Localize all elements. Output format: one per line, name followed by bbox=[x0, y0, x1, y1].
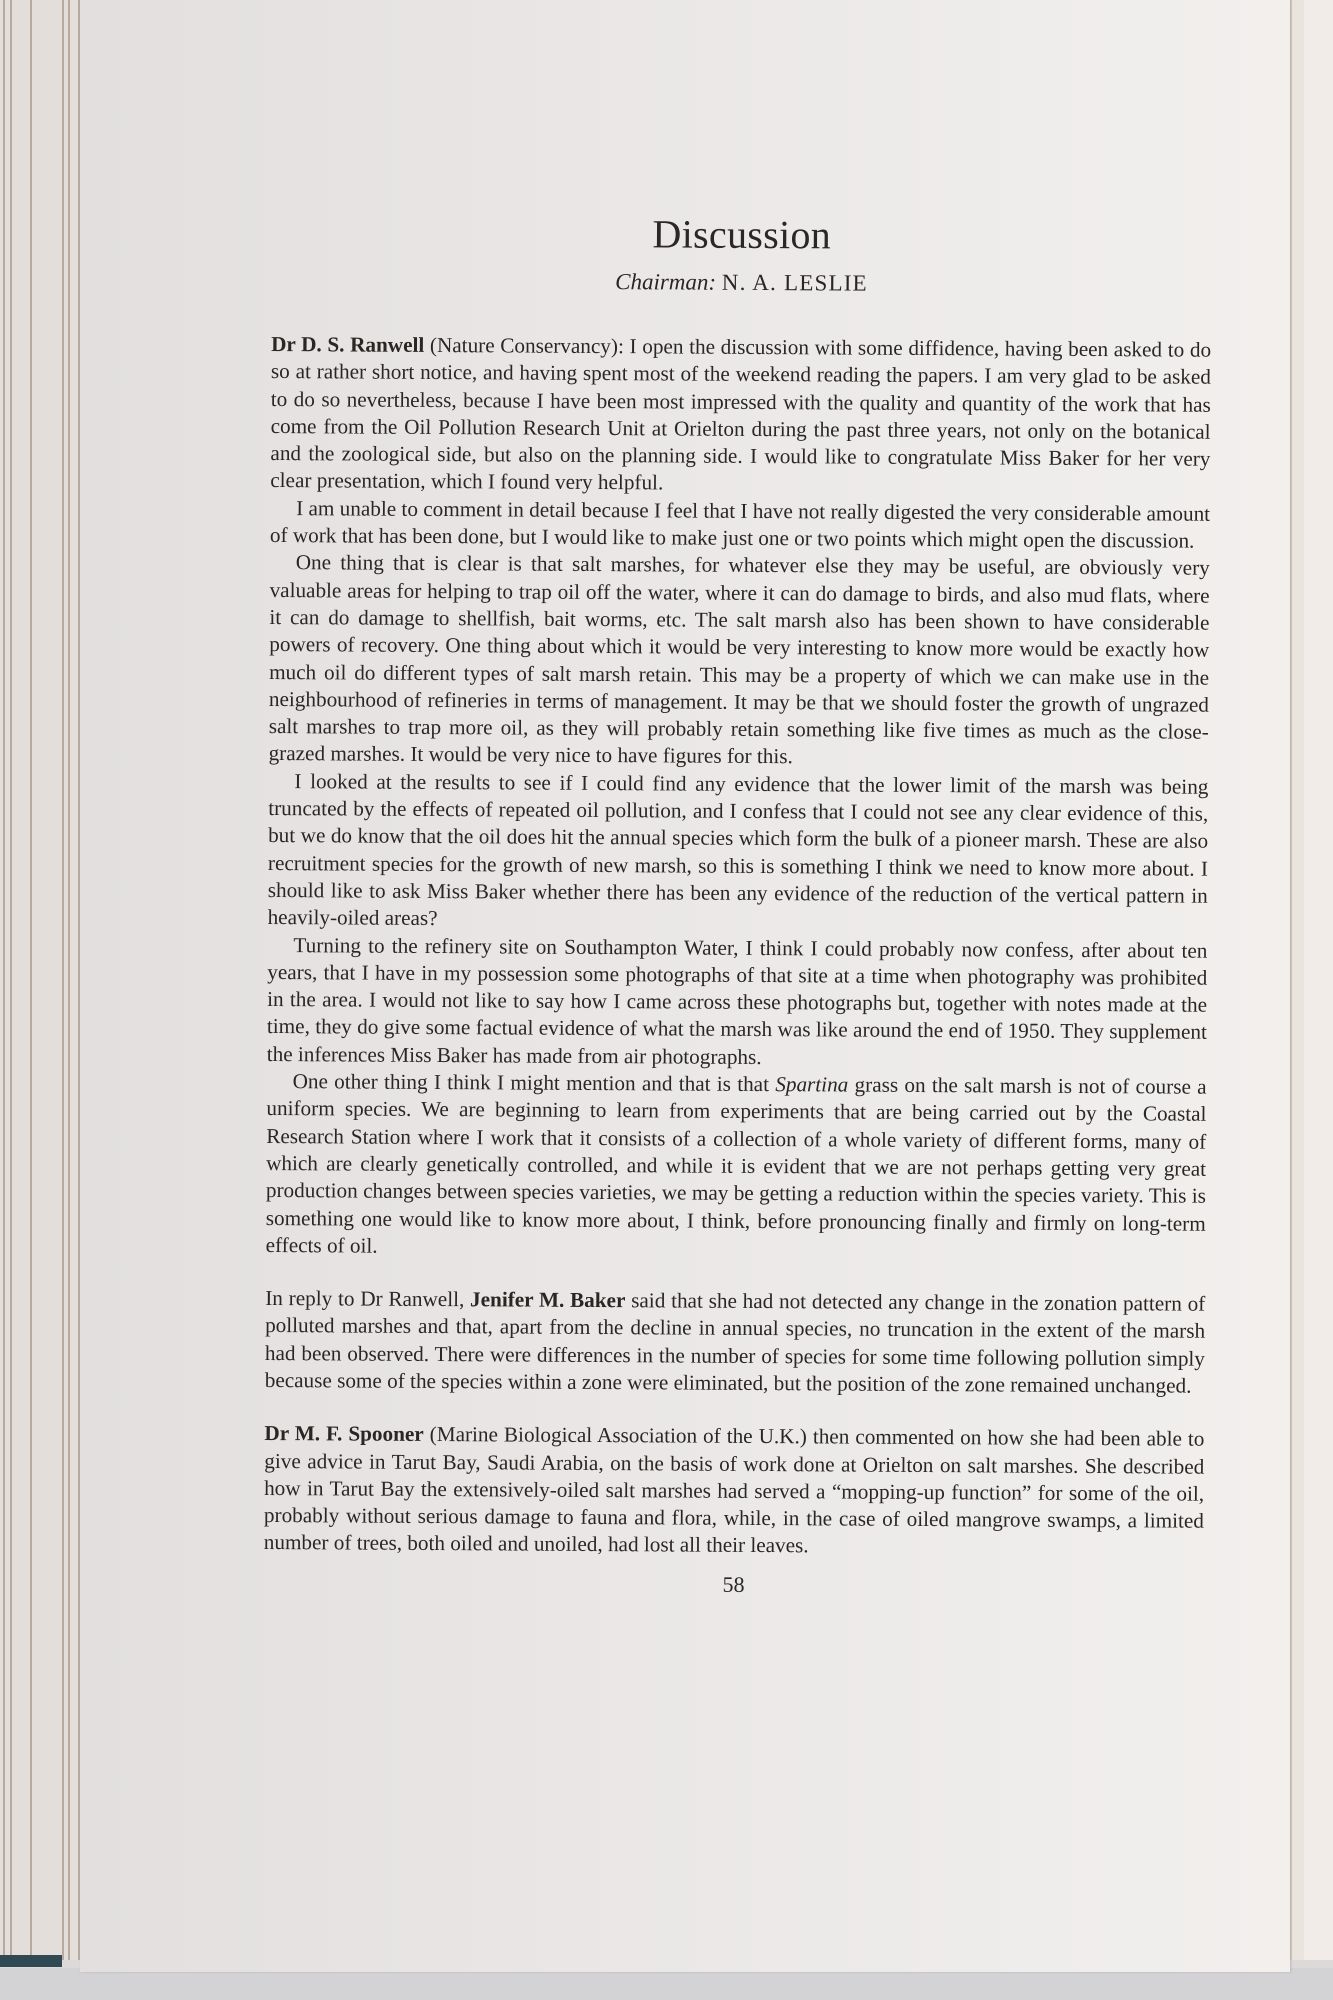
chairman-name: N. A. LESLIE bbox=[722, 270, 868, 296]
paragraph: One thing that is clear is that salt mar… bbox=[269, 549, 1210, 773]
book-cover-edge bbox=[0, 1955, 62, 1967]
paragraph-baker-reply: In reply to Dr Ranwell, Jenifer M. Baker… bbox=[265, 1285, 1206, 1400]
page-content: Discussion Chairman: N. A. LESLIE Dr D. … bbox=[263, 200, 1212, 1600]
page-edge-line bbox=[10, 0, 12, 1960]
species-name-italic: Spartina bbox=[775, 1072, 848, 1096]
paragraph-text: (Nature Conservancy): I open the discuss… bbox=[270, 333, 1211, 495]
paragraph-spooner: Dr M. F. Spooner (Marine Biological Asso… bbox=[264, 1420, 1205, 1562]
paragraph: I looked at the results to see if I coul… bbox=[268, 768, 1209, 938]
page-stack-edges bbox=[0, 0, 90, 1960]
background-surface bbox=[0, 1968, 1333, 2000]
page-edge-line bbox=[62, 0, 64, 1960]
speaker-name: Jenifer M. Baker bbox=[470, 1287, 625, 1312]
paragraph-text: In reply to Dr Ranwell, bbox=[265, 1286, 470, 1311]
paragraph-text: One other thing I think I might mention … bbox=[293, 1069, 776, 1096]
page-title: Discussion bbox=[272, 208, 1212, 261]
chairman-label: Chairman: bbox=[615, 269, 716, 295]
speaker-name: Dr D. S. Ranwell bbox=[271, 332, 424, 357]
page-edge-line bbox=[68, 0, 70, 1960]
paragraph: I am unable to comment in detail because… bbox=[270, 495, 1210, 555]
paragraph-spartina: One other thing I think I might mention … bbox=[266, 1068, 1207, 1265]
paragraph-text: grass on the salt marsh is not of course… bbox=[266, 1073, 1207, 1258]
page-edge-line bbox=[30, 0, 32, 1960]
page-edge-line bbox=[3, 0, 5, 1960]
paragraph: Turning to the refinery site on Southamp… bbox=[267, 932, 1208, 1074]
speaker-name: Dr M. F. Spooner bbox=[264, 1421, 423, 1446]
right-page-stack bbox=[1304, 0, 1333, 1960]
paragraph-ranwell-intro: Dr D. S. Ranwell (Nature Conservancy): I… bbox=[270, 331, 1211, 501]
chairman-line: Chairman: N. A. LESLIE bbox=[271, 267, 1211, 299]
book-photo: Discussion Chairman: N. A. LESLIE Dr D. … bbox=[0, 0, 1333, 2000]
